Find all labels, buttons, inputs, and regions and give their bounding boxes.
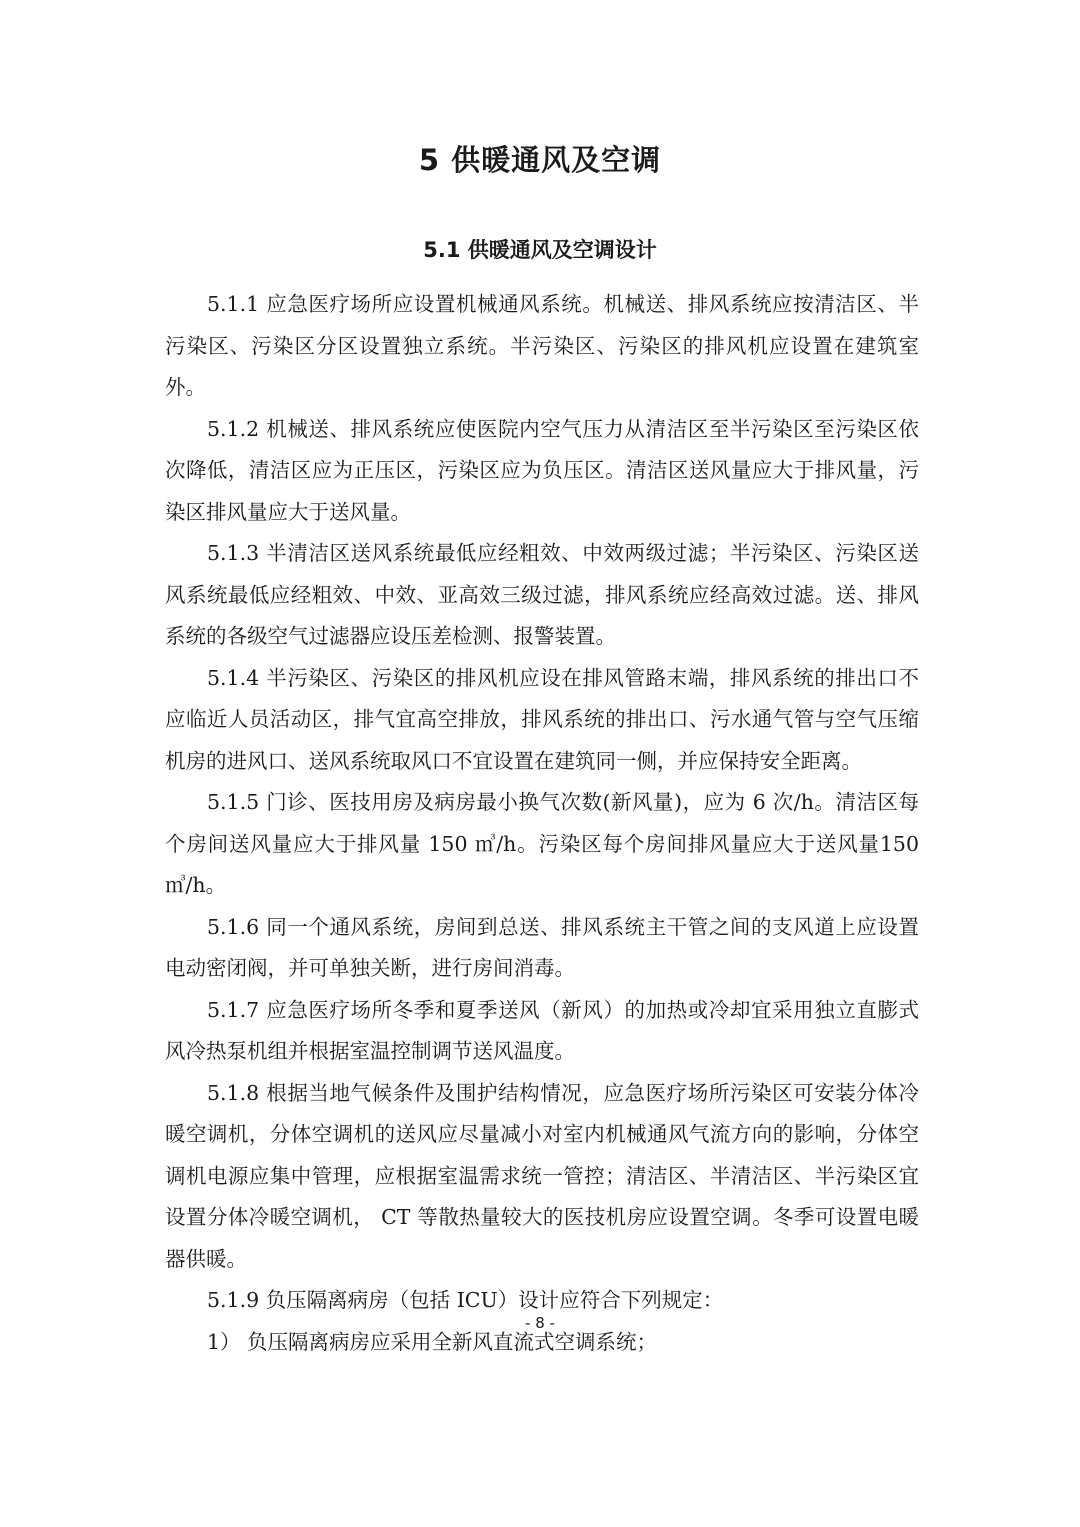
page-number: - 8 - — [0, 1314, 1080, 1332]
clause-5-1-1: 5.1.1 应急医疗场所应设置机械通风系统。机械送、排风系统应按清洁区、半污染区… — [165, 284, 919, 409]
chapter-title: 5 供暖通风及空调 — [0, 138, 1080, 179]
clause-5-1-8: 5.1.8 根据当地气候条件及围护结构情况，应急医疗场所污染区可安装分体冷暖空调… — [165, 1073, 919, 1281]
clause-5-1-2: 5.1.2 机械送、排风系统应使医院内空气压力从清洁区至半污染区至污染区依次降低… — [165, 409, 919, 534]
clause-5-1-5: 5.1.5 门诊、医技用房及病房最小换气次数(新风量)，应为 6 次/h。清洁区… — [165, 782, 919, 907]
section-title: 5.1 供暖通风及空调设计 — [0, 234, 1080, 264]
clause-5-1-4: 5.1.4 半污染区、污染区的排风机应设在排风管路末端，排风系统的排出口不应临近… — [165, 658, 919, 783]
clause-5-1-6: 5.1.6 同一个通风系统，房间到总送、排风系统主干管之间的支风道上应设置电动密… — [165, 907, 919, 990]
clause-5-1-3: 5.1.3 半清洁区送风系统最低应经粗效、中效两级过滤；半污染区、污染区送风系统… — [165, 533, 919, 658]
body-text: 5.1.1 应急医疗场所应设置机械通风系统。机械送、排风系统应按清洁区、半污染区… — [165, 284, 919, 1363]
clause-5-1-7: 5.1.7 应急医疗场所冬季和夏季送风（新风）的加热或冷却宜采用独立直膨式风冷热… — [165, 990, 919, 1073]
document-page: 5 供暖通风及空调 5.1 供暖通风及空调设计 5.1.1 应急医疗场所应设置机… — [0, 0, 1080, 1527]
